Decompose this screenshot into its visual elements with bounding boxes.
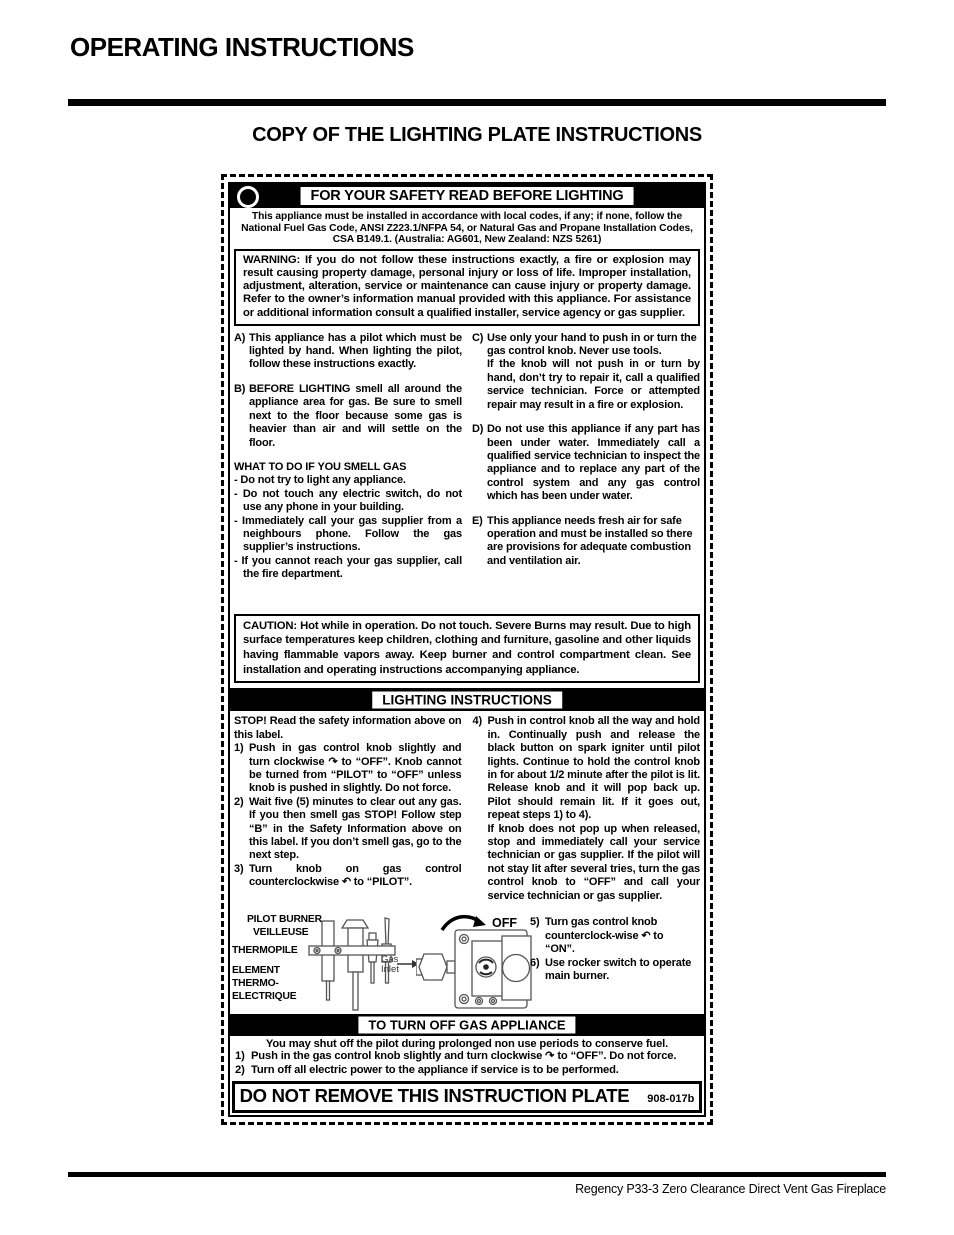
item-text: This appliance needs fresh air for safe … [487, 515, 692, 567]
item-label: D) [472, 423, 487, 436]
thermo-label: THERMO- [232, 978, 279, 989]
lighting-plate: FOR YOUR SAFETY READ BEFORE LIGHTING Thi… [221, 174, 713, 1125]
do-not-remove-box: DO NOT REMOVE THIS INSTRUCTION PLATE 908… [232, 1081, 702, 1113]
plate-part-number: 908-017b [647, 1093, 694, 1105]
item-text: BEFORE LIGHTING smell all around the app… [249, 383, 462, 449]
smell-gas-bullet: - If you cannot reach your gas supplier,… [234, 555, 462, 582]
clockwise-off-arrow-icon [440, 913, 488, 933]
smell-gas-bullet: - Do not touch any electric switch, do n… [234, 488, 462, 515]
item-text: Use rocker switch to operate main burner… [545, 957, 691, 982]
lighting-column-left: STOP! Read the safety information above … [234, 715, 462, 914]
item-label: B) [234, 383, 249, 396]
warning-text: WARNING: If you do not follow these inst… [243, 254, 691, 318]
item-label: 2) [235, 1064, 251, 1078]
lighting-column-right: 4)Push in control knob all the way and h… [473, 715, 701, 914]
safety-header-bar: FOR YOUR SAFETY READ BEFORE LIGHTING [230, 184, 704, 208]
safety-item-b: B)BEFORE LIGHTING smell all around the a… [234, 383, 462, 450]
caution-box: CAUTION: Hot while in operation. Do not … [234, 614, 700, 684]
safety-item-d: D)Do not use this appliance if any part … [472, 423, 700, 503]
item-label: A) [234, 332, 249, 345]
item-text: Do not use this appliance if any part ha… [487, 423, 700, 502]
lighting-step-3: 3)Turn knob on gas control counterclockw… [234, 863, 462, 890]
safety-item-a: A)This appliance has a pilot which must … [234, 332, 462, 372]
item-text: If the knob will not push in or turn by … [487, 358, 700, 412]
veilleuse-label: VEILLEUSE [253, 927, 308, 938]
item-label: 4) [473, 715, 488, 728]
lighting-step-4: 4)Push in control knob all the way and h… [473, 715, 701, 903]
smell-gas-bullet: - Do not try to light any appliance. [234, 474, 462, 487]
lighting-step-2: 2)Wait five (5) minutes to clear out any… [234, 796, 462, 863]
smell-gas-bullet: - Immediately call your gas supplier fro… [234, 515, 462, 555]
top-rule-divider [68, 99, 886, 106]
caution-text: CAUTION: Hot while in operation. Do not … [243, 620, 691, 676]
electrique-label: ELECTRIQUE [232, 991, 296, 1002]
lighting-step-5: 5)Turn gas control knob counterclock-wis… [530, 916, 692, 956]
page-title: OPERATING INSTRUCTIONS [70, 32, 414, 63]
pilot-valve-diagram: PILOT BURNER VEILLEUSE THERMOPILE ELEMEN… [230, 914, 704, 1014]
item-text: Push in the gas control knob slightly an… [251, 1050, 676, 1062]
off-label: OFF [492, 916, 517, 930]
turn-off-step-2: 2)Turn off all electric power to the app… [235, 1064, 699, 1078]
turn-off-step-1: 1)Push in the gas control knob slightly … [235, 1050, 699, 1064]
lighting-step-1: 1)Push in gas control knob slightly and … [234, 742, 462, 796]
item-text: Turn knob on gas control counterclockwis… [249, 863, 462, 888]
stop-text: STOP! Read the safety information above … [234, 715, 462, 742]
gas-valve-drawing [416, 926, 534, 1012]
item-text: Wait five (5) minutes to clear out any g… [249, 796, 462, 862]
safety-column-left: A)This appliance has a pilot which must … [234, 332, 462, 608]
lighting-columns: STOP! Read the safety information above … [230, 711, 704, 914]
safety-column-right: C)Use only your hand to push in or turn … [472, 332, 700, 608]
safety-item-c: C)Use only your hand to push in or turn … [472, 332, 700, 412]
item-label: 3) [234, 863, 249, 876]
item-text: Turn off all electric power to the appli… [251, 1064, 619, 1076]
turn-off-header-bar: TO TURN OFF GAS APPLIANCE [230, 1014, 704, 1036]
installation-codes-paragraph: This appliance must be installed in acco… [230, 208, 704, 247]
lighting-plate-inner: FOR YOUR SAFETY READ BEFORE LIGHTING Thi… [228, 182, 706, 1117]
safety-header-label: FOR YOUR SAFETY READ BEFORE LIGHTING [301, 187, 634, 205]
item-text: Push in control knob all the way and hol… [488, 715, 701, 821]
turn-off-header-label: TO TURN OFF GAS APPLIANCE [358, 1017, 575, 1034]
safety-item-e: E)This appliance needs fresh air for saf… [472, 515, 700, 569]
element-label: ELEMENT [232, 965, 280, 976]
item-text: If knob does not pop up when released, s… [488, 823, 701, 903]
item-label: E) [472, 515, 487, 528]
item-label: 6) [530, 957, 545, 970]
lighting-header-label: LIGHTING INSTRUCTIONS [372, 691, 562, 708]
warning-box: WARNING: If you do not follow these inst… [234, 249, 700, 325]
lighting-steps-5-6: 5)Turn gas control knob counterclock-wis… [530, 916, 692, 983]
item-text: Use only your hand to push in or turn th… [487, 332, 697, 357]
bottom-rule-divider [68, 1172, 886, 1177]
item-label: 1) [234, 742, 249, 755]
item-label: C) [472, 332, 487, 345]
lighting-step-6: 6)Use rocker switch to operate main burn… [530, 957, 692, 984]
turn-off-intro: You may shut off the pilot during prolon… [230, 1036, 704, 1050]
item-label: 5) [530, 916, 545, 929]
turn-off-steps: 1)Push in the gas control knob slightly … [230, 1050, 704, 1078]
smell-gas-heading: WHAT TO DO IF YOU SMELL GAS [234, 461, 462, 474]
item-text: Push in gas control knob slightly and tu… [249, 742, 462, 794]
thermopile-label: THERMOPILE [232, 945, 298, 956]
item-label: 1) [235, 1050, 251, 1064]
page-footer: Regency P33-3 Zero Clearance Direct Vent… [575, 1182, 886, 1196]
safety-columns: A)This appliance has a pilot which must … [230, 326, 704, 610]
item-label: 2) [234, 796, 249, 809]
do-not-remove-text: DO NOT REMOVE THIS INSTRUCTION PLATE [240, 1085, 630, 1107]
lighting-header-bar: LIGHTING INSTRUCTIONS [230, 688, 704, 711]
fastener-hole-icon [237, 186, 259, 208]
item-text: This appliance has a pilot which must be… [249, 332, 462, 371]
item-text: Turn gas control knob counterclock-wise … [545, 916, 663, 955]
section-title: COPY OF THE LIGHTING PLATE INSTRUCTIONS [68, 124, 886, 147]
